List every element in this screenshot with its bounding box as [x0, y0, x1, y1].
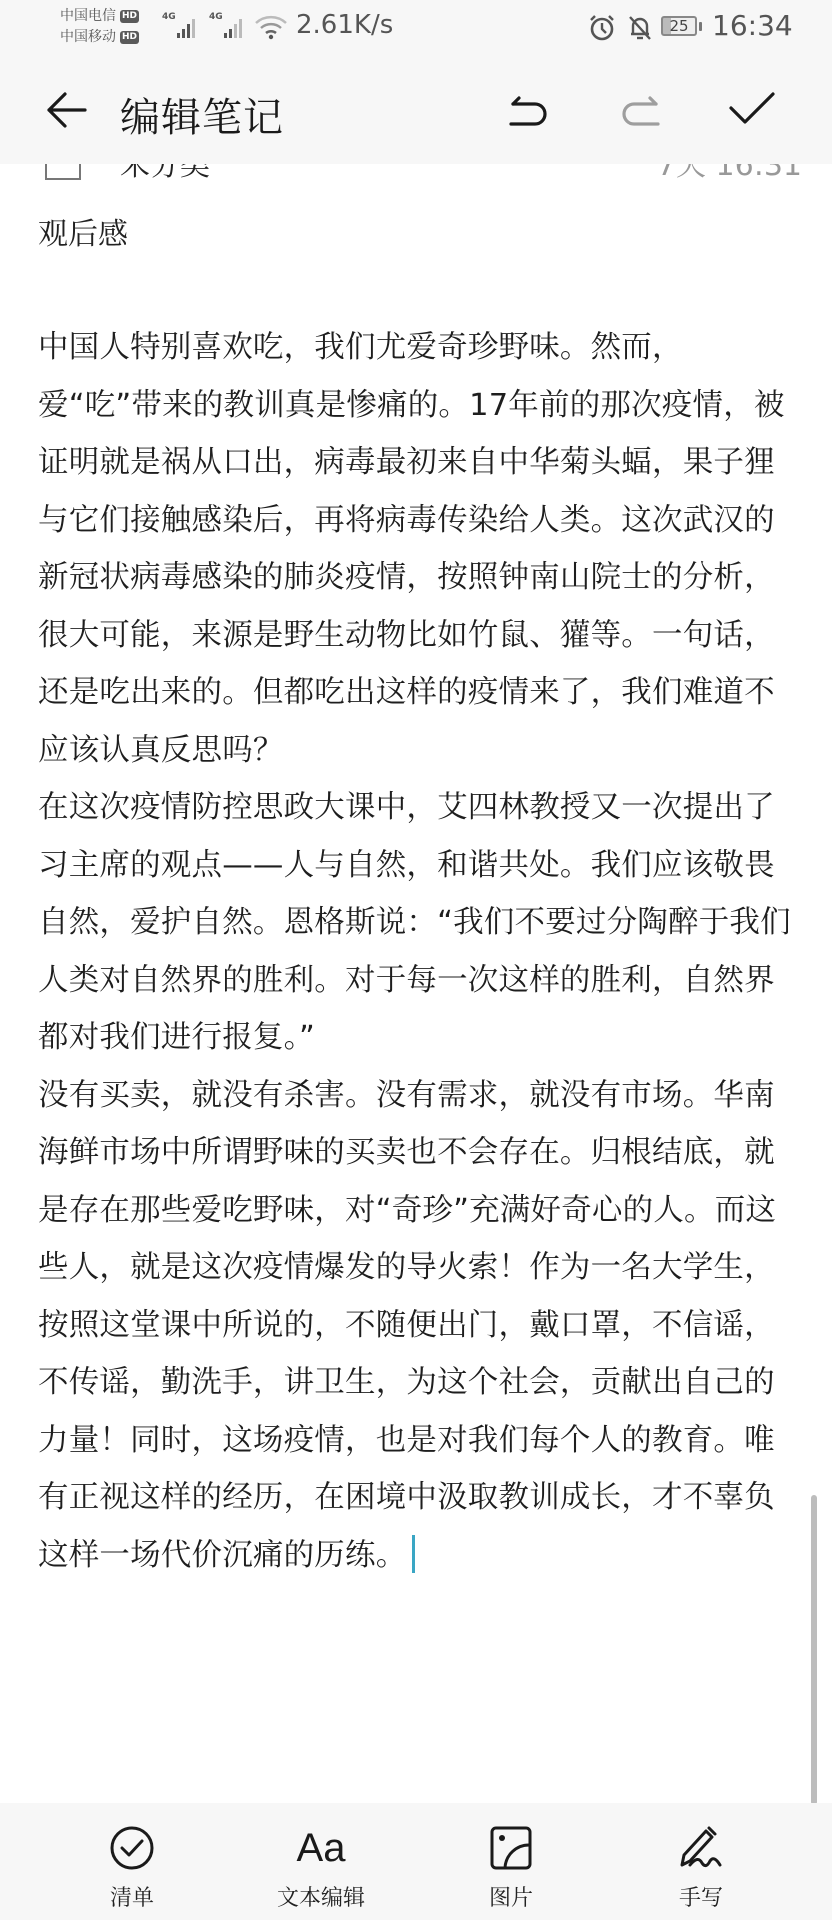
redo-button[interactable] — [603, 56, 678, 164]
undo-button[interactable] — [490, 56, 565, 164]
handwriting-icon — [676, 1825, 726, 1871]
handwriting-label: 手写 — [621, 1881, 781, 1912]
text-format-button[interactable]: Aa 文本编辑 — [241, 1803, 401, 1920]
alarm-icon — [588, 14, 616, 42]
signal-icon: 4G — [209, 12, 244, 38]
battery-icon: 25 — [661, 16, 697, 36]
arrow-left-icon — [43, 90, 87, 130]
image-icon — [489, 1825, 533, 1871]
wifi-icon — [254, 14, 288, 40]
scrollbar[interactable] — [811, 1495, 817, 1805]
text-format-icon: Aa — [297, 1826, 346, 1871]
text-cursor — [412, 1535, 415, 1573]
note-paragraph-text[interactable]: 没有买卖，就没有杀害。没有需求，就没有市场。华南海鲜市场中所谓野味的买卖也不会存… — [38, 1078, 776, 1573]
status-bar: 中国电信 HD 中国移动 HD 4G 4G 2.61K/s 25 16:34 — [0, 0, 832, 56]
carrier-info: 中国电信 HD 中国移动 HD — [60, 6, 139, 48]
network-type-label: 4G — [162, 12, 176, 22]
checklist-button[interactable]: 清单 — [52, 1803, 212, 1920]
page-title: 编辑笔记 — [120, 86, 284, 143]
carrier-1: 中国电信 HD — [60, 6, 139, 27]
toolbar: 编辑笔记 — [0, 56, 832, 164]
undo-icon — [507, 92, 549, 128]
checklist-label: 清单 — [52, 1881, 212, 1912]
note-paragraph[interactable]: 在这次疫情防控思政大课中，艾四林教授又一次提出了习主席的观点——人与自然，和谐共… — [38, 779, 798, 1067]
bottom-toolbar: 清单 Aa 文本编辑 图片 手写 — [0, 1803, 832, 1920]
image-button[interactable]: 图片 — [431, 1803, 591, 1920]
note-body[interactable]: 中国人特别喜欢吃，我们尤爱奇珍野味。然而，爱“吃”带来的教训真是惨痛的。17年前… — [38, 319, 798, 1584]
redo-icon — [620, 92, 662, 128]
note-paragraph[interactable]: 没有买卖，就没有杀害。没有需求，就没有市场。华南海鲜市场中所谓野味的买卖也不会存… — [38, 1067, 798, 1585]
hd-badge: HD — [120, 31, 139, 44]
hd-badge: HD — [120, 10, 139, 23]
mute-icon — [626, 14, 654, 42]
confirm-button[interactable] — [712, 56, 792, 164]
image-label: 图片 — [431, 1881, 591, 1912]
carrier-1-name: 中国电信 — [60, 6, 116, 27]
note-editor[interactable]: 观后感 中国人特别喜欢吃，我们尤爱奇珍野味。然而，爱“吃”带来的教训真是惨痛的。… — [38, 206, 798, 1584]
back-button[interactable] — [30, 56, 100, 164]
note-paragraph[interactable]: 中国人特别喜欢吃，我们尤爱奇珍野味。然而，爱“吃”带来的教训真是惨痛的。17年前… — [38, 319, 798, 779]
signal-icon: 4G — [162, 12, 197, 38]
network-type-label: 4G — [209, 12, 223, 22]
net-speed: 2.61K/s — [296, 10, 393, 40]
carrier-2-name: 中国移动 — [60, 27, 116, 48]
carrier-2: 中国移动 HD — [60, 27, 139, 48]
text-format-label: 文本编辑 — [241, 1881, 401, 1912]
clock: 16:34 — [712, 9, 793, 42]
checklist-icon — [109, 1825, 155, 1871]
handwriting-button[interactable]: 手写 — [621, 1803, 781, 1920]
note-title[interactable]: 观后感 — [38, 206, 798, 264]
battery-tip — [699, 22, 702, 31]
checkmark-icon — [727, 90, 777, 130]
